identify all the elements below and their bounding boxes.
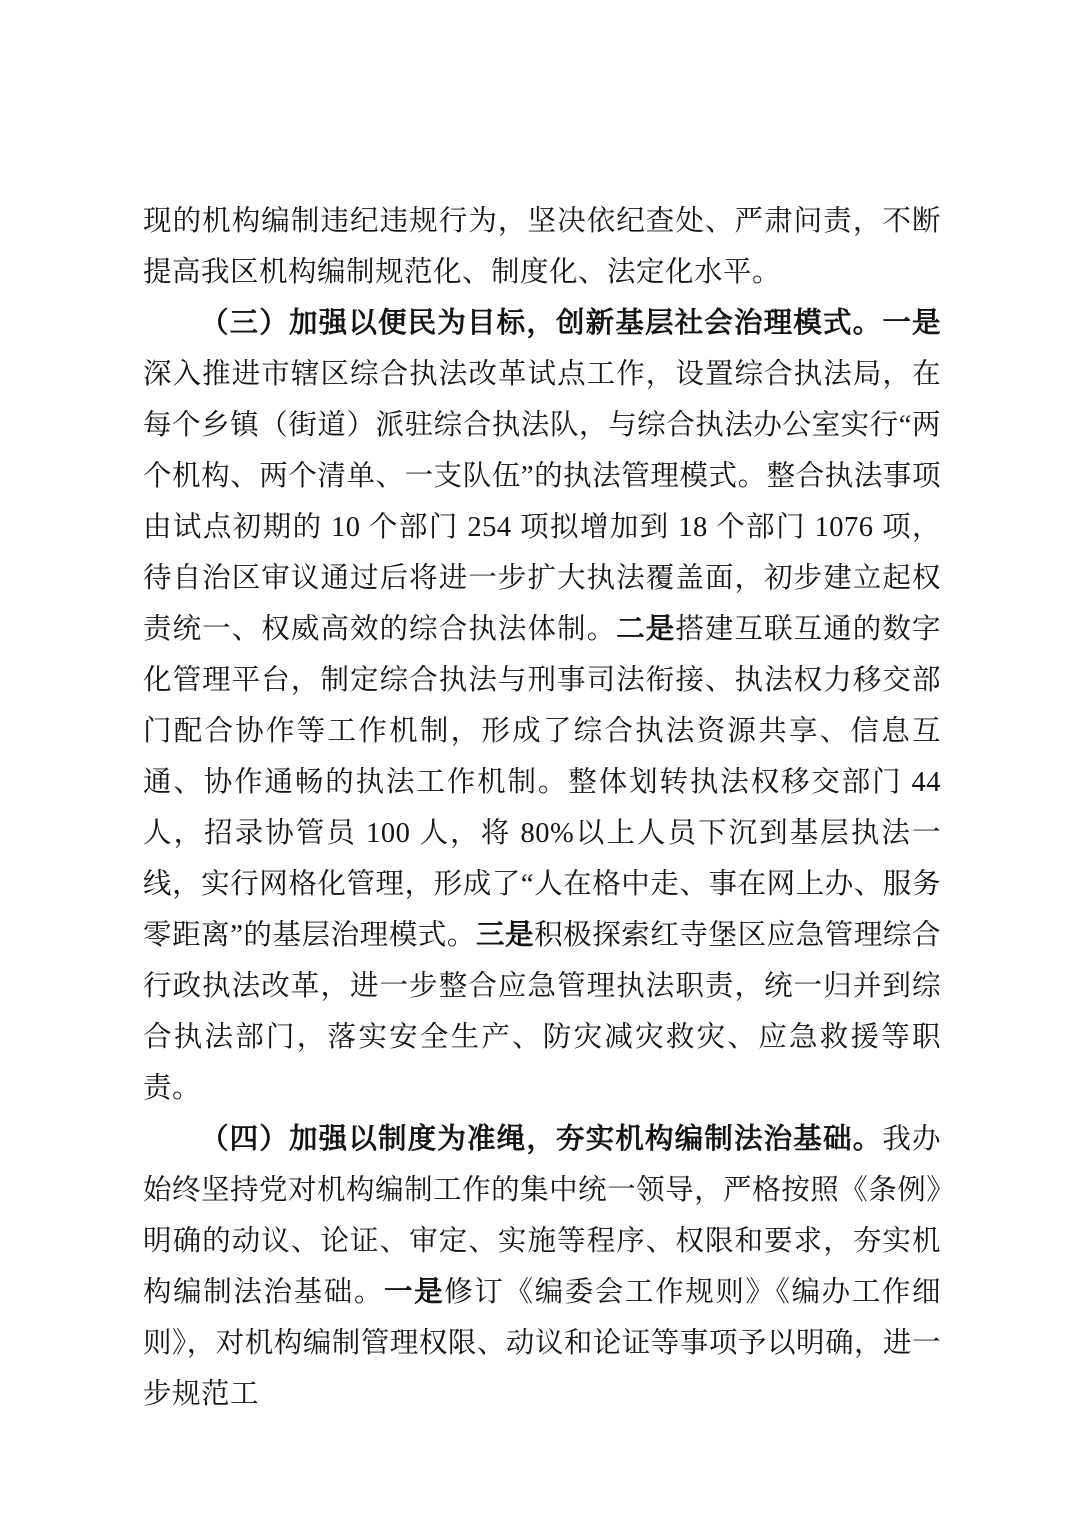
item-marker-yishi: 一是 (882, 308, 941, 339)
paragraph-section-3: （三）加强以便民为目标，创新基层社会治理模式。一是深入推进市辖区综合执法改革试点… (143, 298, 941, 1114)
item-marker-ershi: 二是 (616, 614, 675, 645)
body-text: 搭建互联互通的数字化管理平台，制定综合执法与刑事司法衔接、执法权力移交部门配合协… (143, 614, 941, 951)
document-body: 现的机构编制违纪违规行为，坚决依纪查处、严肃问责，不断提高我区机构编制规范化、制… (143, 196, 941, 1420)
paragraph-section-4: （四）加强以制度为准绳，夯实机构编制法治基础。我办始终坚持党对机构编制工作的集中… (143, 1114, 941, 1420)
body-text: 现的机构编制违纪违规行为，坚决依纪查处、严肃问责，不断提高我区机构编制规范化、制… (143, 206, 941, 288)
section-3-heading: （三）加强以便民为目标，创新基层社会治理模式。 (200, 308, 882, 339)
section-4-heading: （四）加强以制度为准绳，夯实机构编制法治基础。 (200, 1124, 882, 1155)
paragraph-continuation: 现的机构编制违纪违规行为，坚决依纪查处、严肃问责，不断提高我区机构编制规范化、制… (143, 196, 941, 298)
item-marker-yishi: 一是 (384, 1277, 444, 1308)
item-marker-sanshi: 三是 (476, 920, 534, 951)
body-text: 深入推进市辖区综合执法改革试点工作，设置综合执法局，在每个乡镇（街道）派驻综合执… (143, 359, 941, 645)
document-page: 现的机构编制违纪违规行为，坚决依纪查处、严肃问责，不断提高我区机构编制规范化、制… (0, 0, 1074, 1520)
